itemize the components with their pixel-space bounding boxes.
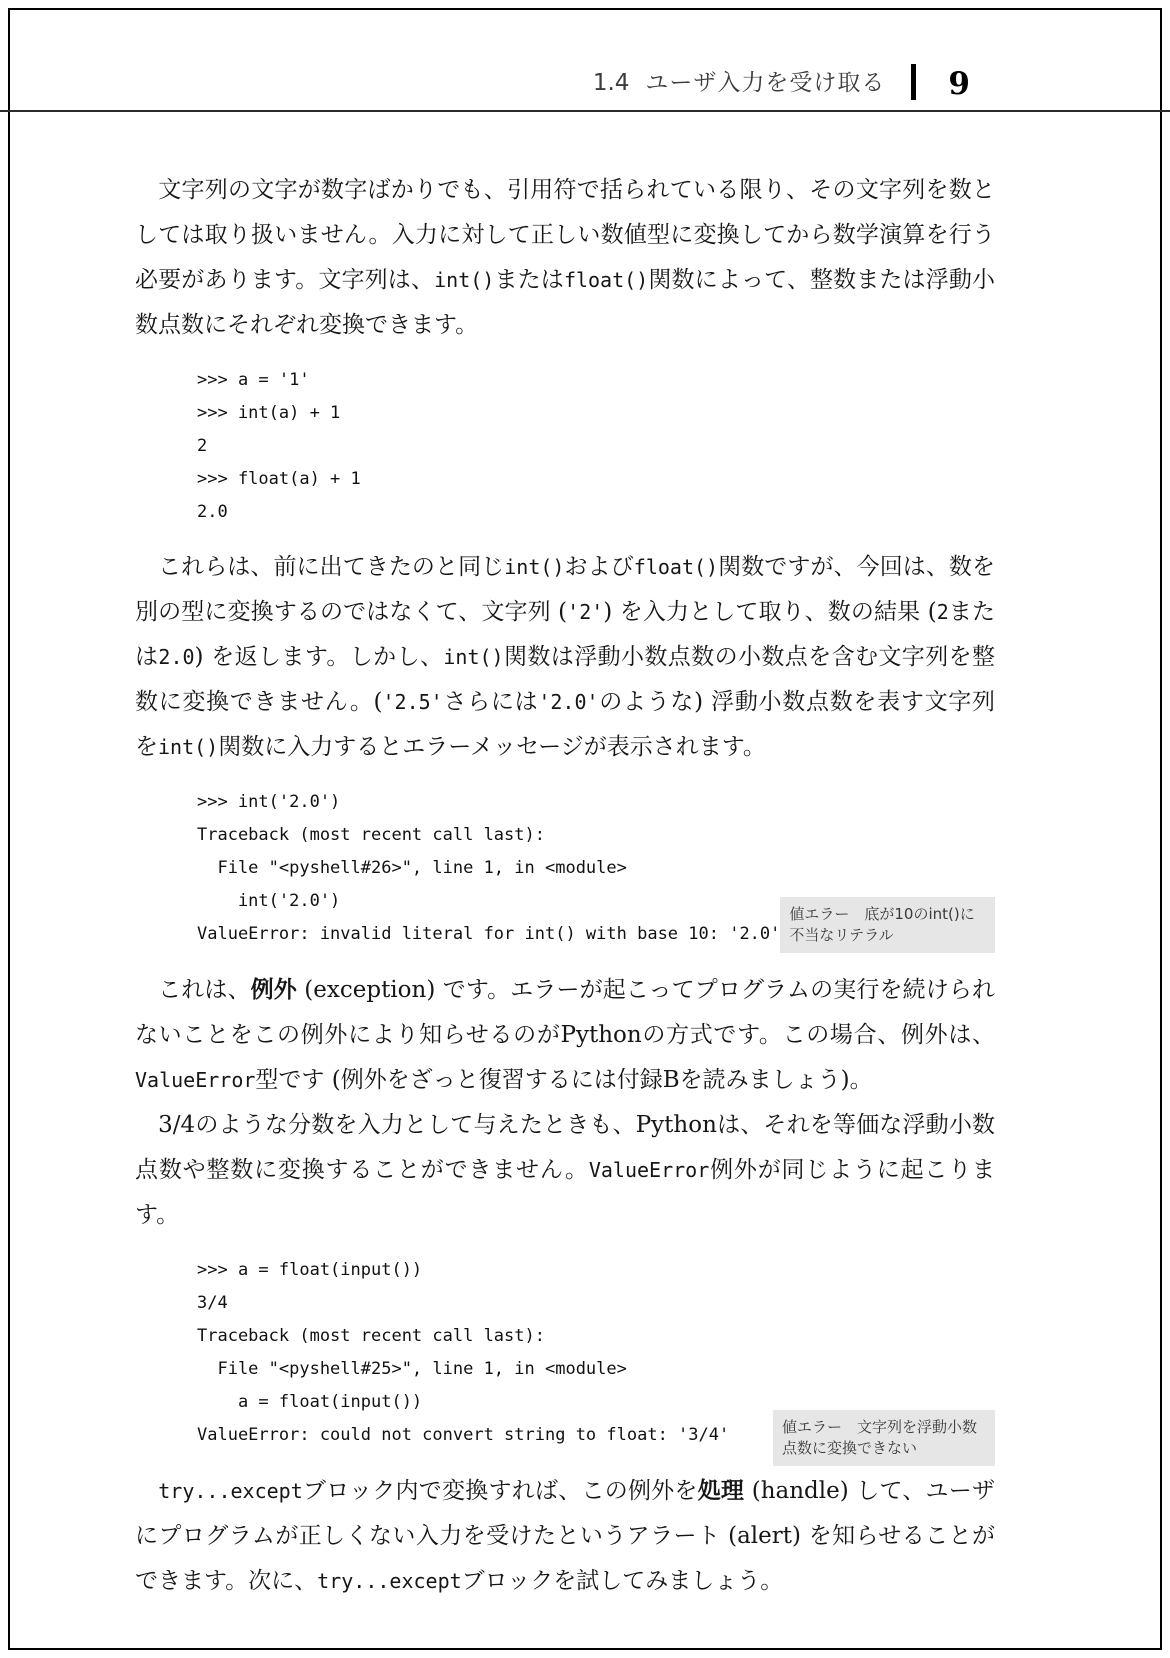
code-block-3: >>> a = float(input()) 3/4 Traceback (mo… — [197, 1254, 995, 1452]
margin-note-valueerror-float: 値エラー 文字列を浮動小数 点数に変換できない — [773, 1410, 995, 1466]
book-page: 1.4 ユーザ入力を受け取る 9 文字列の文字が数字ばかりでも、引用符で括られて… — [0, 0, 1170, 1658]
header-section-number: 1.4 — [593, 66, 630, 100]
paragraph-intro-string-conversion: 文字列の文字が数字ばかりでも、引用符で括られている限り、その文字列を数としては取… — [135, 168, 995, 348]
page-content: 文字列の文字が数字ばかりでも、引用符で括られている限り、その文字列を数としては取… — [135, 112, 995, 1604]
page-header: 1.4 ユーザ入力を受け取る 9 — [0, 0, 1170, 110]
margin-note-valueerror-int: 値エラー 底が10のint()に 不当なリテラル — [780, 897, 995, 953]
paragraph-fraction-input: 3/4のような分数を入力として与えたときも、Pythonは、それを等価な浮動小数… — [135, 1103, 995, 1238]
header-divider-bar — [911, 64, 916, 100]
code-listing-float-valueerror: >>> a = float(input()) 3/4 Traceback (mo… — [197, 1254, 729, 1452]
code-block-2: >>> int('2.0') Traceback (most recent ca… — [197, 786, 995, 951]
header-page-number: 9 — [948, 68, 970, 100]
code-listing-int-valueerror: >>> int('2.0') Traceback (most recent ca… — [197, 786, 780, 951]
paragraph-int-float-explanation: これらは、前に出てきたのと同じint()およびfloat()関数ですが、今回は、… — [135, 545, 995, 770]
code-listing-int-float: >>> a = '1' >>> int(a) + 1 2 >>> float(a… — [197, 364, 361, 529]
code-block-1: >>> a = '1' >>> int(a) + 1 2 >>> float(a… — [197, 364, 995, 529]
paragraph-exception-explanation: これは、例外 (exception) です。エラーが起こってプログラムの実行を続… — [135, 967, 995, 1103]
header-chapter-title: ユーザ入力を受け取る — [645, 66, 885, 100]
paragraph-try-except: try...exceptブロック内で変換すれば、この例外を処理 (handle)… — [135, 1468, 995, 1604]
